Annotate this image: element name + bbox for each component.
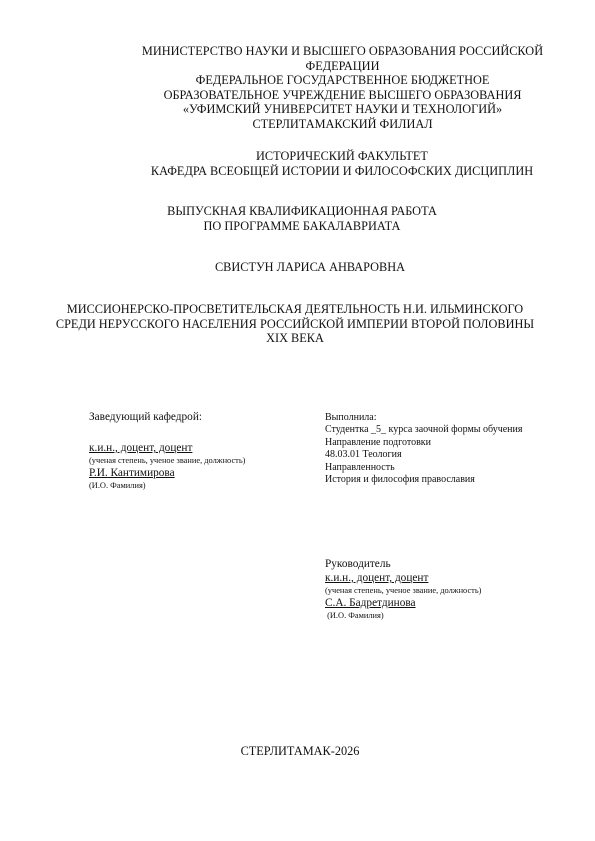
- header-line: ФЕДЕРАЛЬНОЕ ГОСУДАРСТВЕННОЕ БЮДЖЕТНОЕ: [55, 73, 595, 88]
- student-course-line: Студентка _5_ курса заочной формы обучен…: [325, 424, 522, 436]
- focus-value: История и философия православия: [325, 474, 522, 486]
- faculty-name: ИСТОРИЧЕСКИЙ ФАКУЛЬТЕТ: [57, 149, 595, 164]
- head-of-department-name: Р.И. Кантимирова: [89, 466, 245, 480]
- direction-label: Направление подготовки: [325, 437, 522, 449]
- supervisor-label: Руководитель: [325, 557, 481, 571]
- faculty-department: ИСТОРИЧЕСКИЙ ФАКУЛЬТЕТ КАФЕДРА ВСЕОБЩЕЙ …: [57, 149, 595, 178]
- head-of-department-degree: к.и.н., доцент, доцент: [89, 441, 245, 455]
- header-line: СТЕРЛИТАМАКСКИЙ ФИЛИАЛ: [55, 117, 595, 132]
- header-line: МИНИСТЕРСТВО НАУКИ И ВЫСШЕГО ОБРАЗОВАНИЯ…: [55, 44, 595, 59]
- institution-header: МИНИСТЕРСТВО НАУКИ И ВЫСШЕГО ОБРАЗОВАНИЯ…: [55, 44, 595, 132]
- name-hint: (И.О. Фамилия): [325, 610, 481, 621]
- author-name: СВИСТУН ЛАРИСА АНВАРОВНА: [25, 260, 595, 275]
- thesis-title-line: СРЕДИ НЕРУССКОГО НАСЕЛЕНИЯ РОССИЙСКОЙ ИМ…: [40, 317, 550, 332]
- degree-hint: (ученая степень, ученое звание, должност…: [325, 585, 481, 596]
- supervisor-name: С.А. Бадретдинова: [325, 596, 481, 610]
- name-hint: (И.О. Фамилия): [89, 480, 245, 491]
- city-year: СТЕРЛИТАМАК-2026: [15, 744, 585, 759]
- direction-value: 48.03.01 Теология: [325, 449, 522, 461]
- performer-block: Выполнила: Студентка _5_ курса заочной ф…: [325, 412, 522, 486]
- header-line: «УФИМСКИЙ УНИВЕРСИТЕТ НАУКИ И ТЕХНОЛОГИЙ…: [55, 102, 595, 117]
- city-year-text: СТЕРЛИТАМАК-2026: [15, 744, 585, 759]
- thesis-title: МИССИОНЕРСКО-ПРОСВЕТИТЕЛЬСКАЯ ДЕЯТЕЛЬНОС…: [40, 302, 550, 346]
- thesis-title-line: МИССИОНЕРСКО-ПРОСВЕТИТЕЛЬСКАЯ ДЕЯТЕЛЬНОС…: [40, 302, 550, 317]
- performer-label: Выполнила:: [325, 412, 522, 424]
- author-name-text: СВИСТУН ЛАРИСА АНВАРОВНА: [25, 260, 595, 275]
- title-page: МИНИСТЕРСТВО НАУКИ И ВЫСШЕГО ОБРАЗОВАНИЯ…: [0, 0, 595, 841]
- degree-hint: (ученая степень, ученое звание, должност…: [89, 455, 245, 466]
- header-line: ФЕДЕРАЦИИ: [55, 59, 595, 74]
- thesis-title-line: XIX ВЕКА: [40, 331, 550, 346]
- work-type-line: ПО ПРОГРАММЕ БАКАЛАВРИАТА: [17, 219, 587, 234]
- focus-label: Направленность: [325, 462, 522, 474]
- supervisor-degree: к.и.н., доцент, доцент: [325, 571, 481, 585]
- head-of-department-label: Заведующий кафедрой:: [89, 410, 245, 424]
- department-name: КАФЕДРА ВСЕОБЩЕЙ ИСТОРИИ И ФИЛОСОФСКИХ Д…: [57, 164, 595, 179]
- header-line: ОБРАЗОВАТЕЛЬНОЕ УЧРЕЖДЕНИЕ ВЫСШЕГО ОБРАЗ…: [55, 88, 595, 103]
- head-of-department-block: Заведующий кафедрой: к.и.н., доцент, доц…: [89, 410, 245, 491]
- supervisor-block: Руководитель к.и.н., доцент, доцент (уче…: [325, 557, 481, 621]
- work-type-line: ВЫПУСКНАЯ КВАЛИФИКАЦИОННАЯ РАБОТА: [17, 204, 587, 219]
- work-type: ВЫПУСКНАЯ КВАЛИФИКАЦИОННАЯ РАБОТА ПО ПРО…: [17, 204, 587, 233]
